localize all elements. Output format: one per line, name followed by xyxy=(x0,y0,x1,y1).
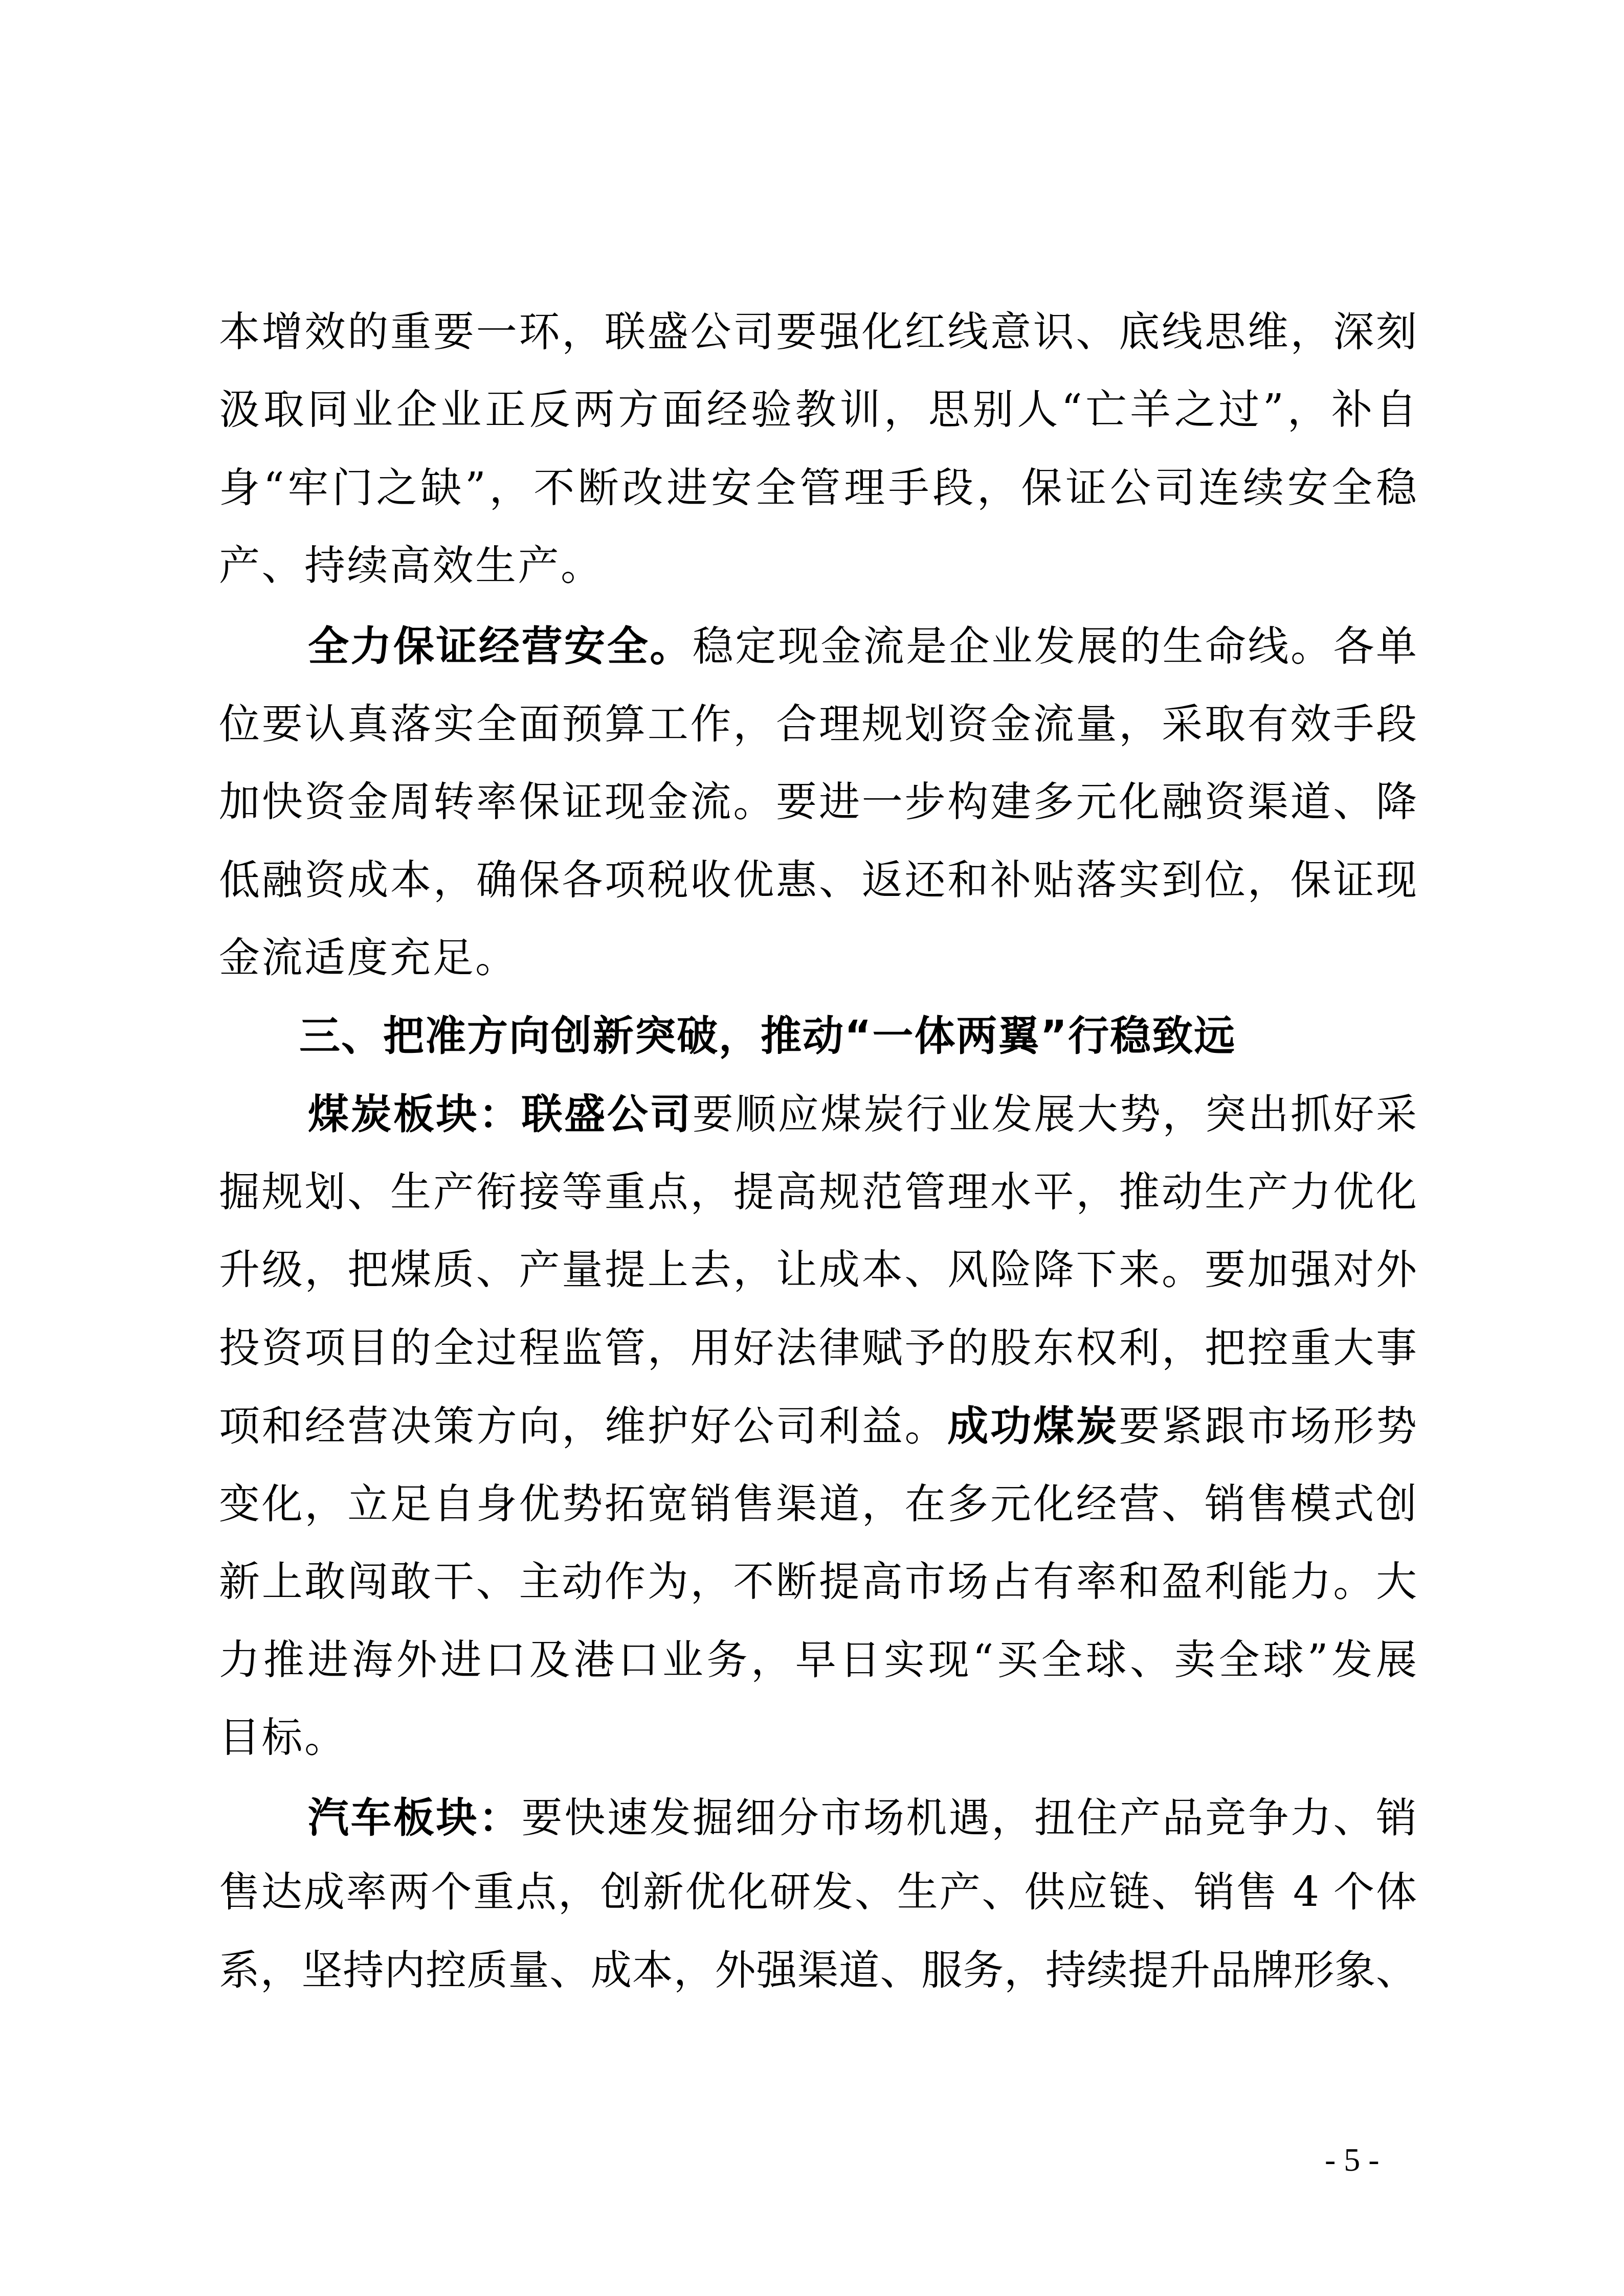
operation-safety-lead: 全力保证经营安全。 xyxy=(308,622,693,670)
paragraph-text: 要顺应煤炭行业发展大势，突出抓好采 xyxy=(693,1090,1417,1138)
paragraph-line: 产、持续高效生产。 xyxy=(219,543,1417,588)
page-number: - 5 - xyxy=(1325,2142,1380,2178)
paragraph-text: 要紧跟市场形势 xyxy=(1119,1402,1417,1450)
company-name-liansheng: 联盛公司 xyxy=(522,1090,693,1138)
paragraph-line: 身“牢门之缺”，不断改进安全管理手段，保证公司连续安全稳 xyxy=(219,465,1417,510)
document-page: 本增效的重要一环，联盛公司要强化红线意识、底线思维，深刻 汲取同业企业正反两方面… xyxy=(0,0,1624,2296)
paragraph-line: 掘规划、生产衔接等重点，提高规范管理水平，推动生产力优化 xyxy=(219,1169,1417,1214)
company-name-chenggong: 成功煤炭 xyxy=(947,1402,1119,1450)
paragraph-line: 力推进海外进口及港口业务，早日实现“买全球、卖全球”发展 xyxy=(219,1637,1417,1682)
coal-sector-label: 煤炭板块： xyxy=(308,1090,522,1138)
paragraph-line: 金流适度充足。 xyxy=(219,935,1417,980)
coal-sector-first-line: 煤炭板块：联盛公司要顺应煤炭行业发展大势，突出抓好采 xyxy=(308,1091,1417,1136)
section-heading: 三、把准方向创新突破，推动“一体两翼”行稳致远 xyxy=(299,1014,1236,1059)
auto-sector-label: 汽车板块： xyxy=(308,1793,522,1841)
paragraph-line: 项和经营决策方向，维护好公司利益。成功煤炭要紧跟市场形势 xyxy=(219,1403,1417,1448)
paragraph-line: 汲取同业企业正反两方面经验教训，思别人“亡羊之过”，补自 xyxy=(219,387,1417,432)
paragraph-line: 变化，立足自身优势拓宽销售渠道，在多元化经营、销售模式创 xyxy=(219,1481,1417,1526)
paragraph-line: 目标。 xyxy=(219,1715,1417,1760)
paragraph-line: 本增效的重要一环，联盛公司要强化红线意识、底线思维，深刻 xyxy=(219,309,1417,354)
paragraph-line: 位要认真落实全面预算工作，合理规划资金流量，采取有效手段 xyxy=(219,702,1417,747)
paragraph-line: 加快资金周转率保证现金流。要进一步构建多元化融资渠道、降 xyxy=(219,779,1417,824)
paragraph-text: 要快速发掘细分市场机遇，扭住产品竞争力、销 xyxy=(522,1794,1417,1841)
paragraph-line: 售达成率两个重点，创新优化研发、生产、供应链、销售 4 个体 xyxy=(219,1870,1417,1915)
auto-sector-first-line: 汽车板块：要快速发掘细分市场机遇，扭住产品竞争力、销 xyxy=(308,1795,1417,1840)
paragraph-line: 投资项目的全过程监管，用好法律赋予的股东权利，把控重大事 xyxy=(219,1325,1417,1370)
paragraph-line: 新上敢闯敢干、主动作为，不断提高市场占有率和盈利能力。大 xyxy=(219,1559,1417,1604)
operation-safety-first-line: 全力保证经营安全。稳定现金流是企业发展的生命线。各单 xyxy=(308,623,1417,668)
paragraph-text: 稳定现金流是企业发展的生命线。各单 xyxy=(693,622,1417,670)
paragraph-line: 低融资成本，确保各项税收优惠、返还和补贴落实到位，保证现 xyxy=(219,858,1417,903)
paragraph-line: 升级，把煤质、产量提上去，让成本、风险降下来。要加强对外 xyxy=(219,1247,1417,1292)
paragraph-text: 项和经营决策方向，维护好公司利益。 xyxy=(219,1402,947,1450)
paragraph-line: 系，坚持内控质量、成本，外强渠道、服务，持续提升品牌形象、 xyxy=(219,1948,1417,1993)
